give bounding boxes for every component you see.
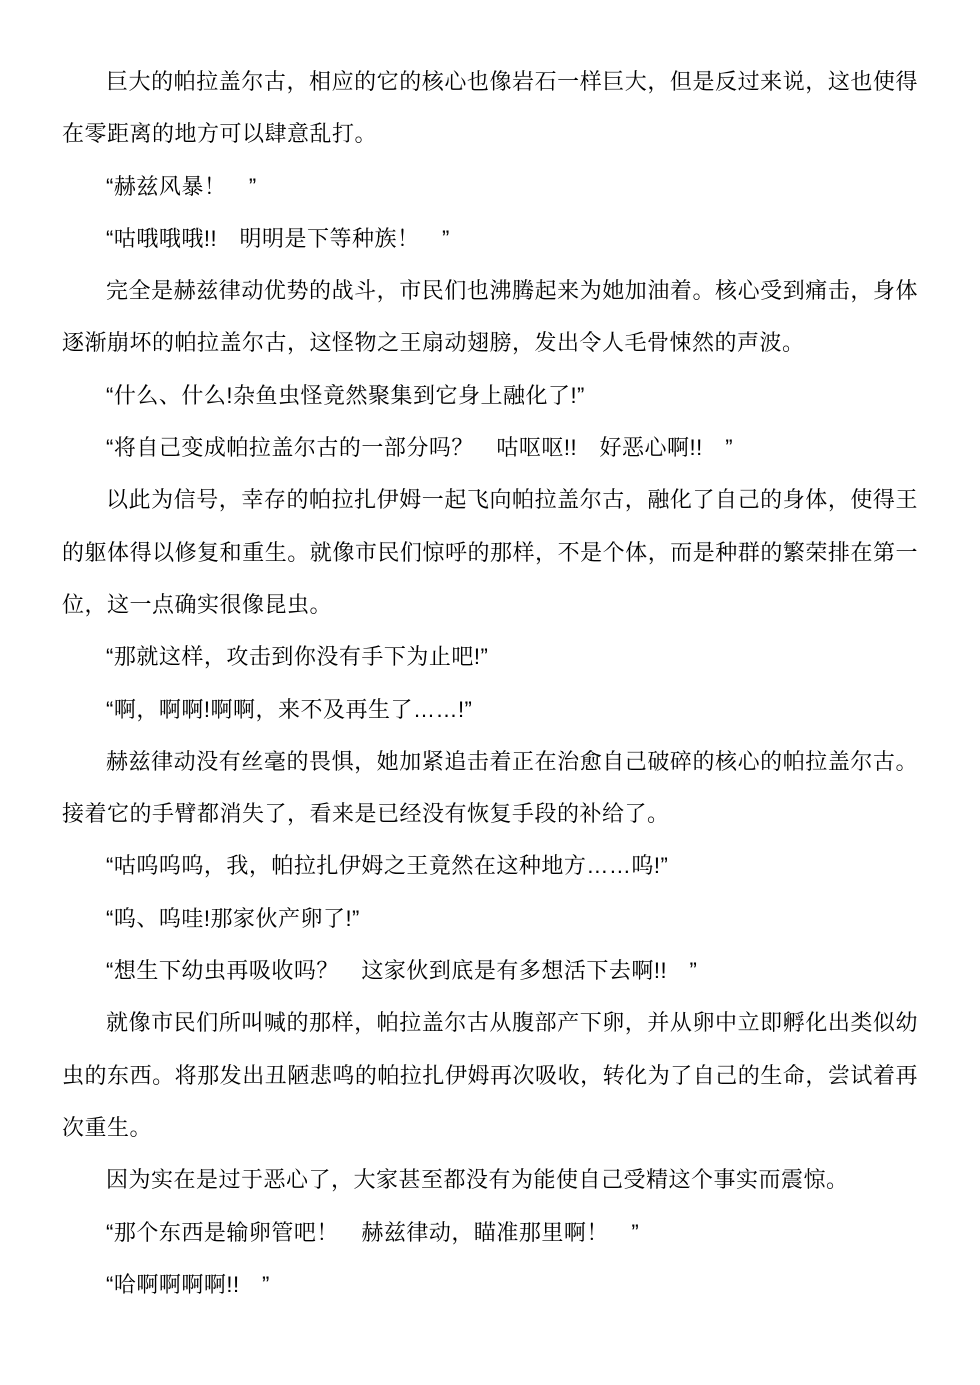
paragraph-dialogue: “将自己变成帕拉盖尔古的一部分吗？ 咕呕呕!! 好恶心啊!! ” <box>62 422 918 474</box>
paragraph-dialogue: “咕呜呜呜，我，帕拉扎伊姆之王竟然在这种地方……呜!” <box>62 840 918 892</box>
paragraph-dialogue: “哈啊啊啊啊!! ” <box>62 1259 918 1311</box>
paragraph-dialogue: “什么、什么!杂鱼虫怪竟然聚集到它身上融化了!” <box>62 370 918 422</box>
paragraph-dialogue: “想生下幼虫再吸收吗？ 这家伙到底是有多想活下去啊!! ” <box>62 945 918 997</box>
paragraph-dialogue: “那个东西是输卵管吧！ 赫兹律动，瞄准那里啊！ ” <box>62 1207 918 1259</box>
paragraph: 以此为信号，幸存的帕拉扎伊姆一起飞向帕拉盖尔古，融化了自己的身体，使得王的躯体得… <box>62 474 918 631</box>
paragraph: 完全是赫兹律动优势的战斗，市民们也沸腾起来为她加油着。核心受到痛击，身体逐渐崩坏… <box>62 265 918 370</box>
paragraph-dialogue: “啊，啊啊!啊啊，来不及再生了……!” <box>62 684 918 736</box>
document-page: 巨大的帕拉盖尔古，相应的它的核心也像岩石一样巨大，但是反过来说，这也使得在零距离… <box>0 0 980 1385</box>
paragraph-dialogue: “赫兹风暴！ ” <box>62 161 918 213</box>
paragraph-dialogue: “那就这样，攻击到你没有手下为止吧!” <box>62 631 918 683</box>
paragraph-dialogue: “呜、呜哇!那家伙产卵了!” <box>62 893 918 945</box>
paragraph: 因为实在是过于恶心了，大家甚至都没有为能使自己受精这个事实而震惊。 <box>62 1154 918 1206</box>
paragraph: 赫兹律动没有丝毫的畏惧，她加紧追击着正在治愈自己破碎的核心的帕拉盖尔古。接着它的… <box>62 736 918 841</box>
paragraph: 就像市民们所叫喊的那样，帕拉盖尔古从腹部产下卵，并从卵中立即孵化出类似幼虫的东西… <box>62 997 918 1154</box>
paragraph-dialogue: “咕哦哦哦!! 明明是下等种族！ ” <box>62 213 918 265</box>
paragraph: 巨大的帕拉盖尔古，相应的它的核心也像岩石一样巨大，但是反过来说，这也使得在零距离… <box>62 56 918 161</box>
novel-text-content: 巨大的帕拉盖尔古，相应的它的核心也像岩石一样巨大，但是反过来说，这也使得在零距离… <box>0 0 980 1311</box>
